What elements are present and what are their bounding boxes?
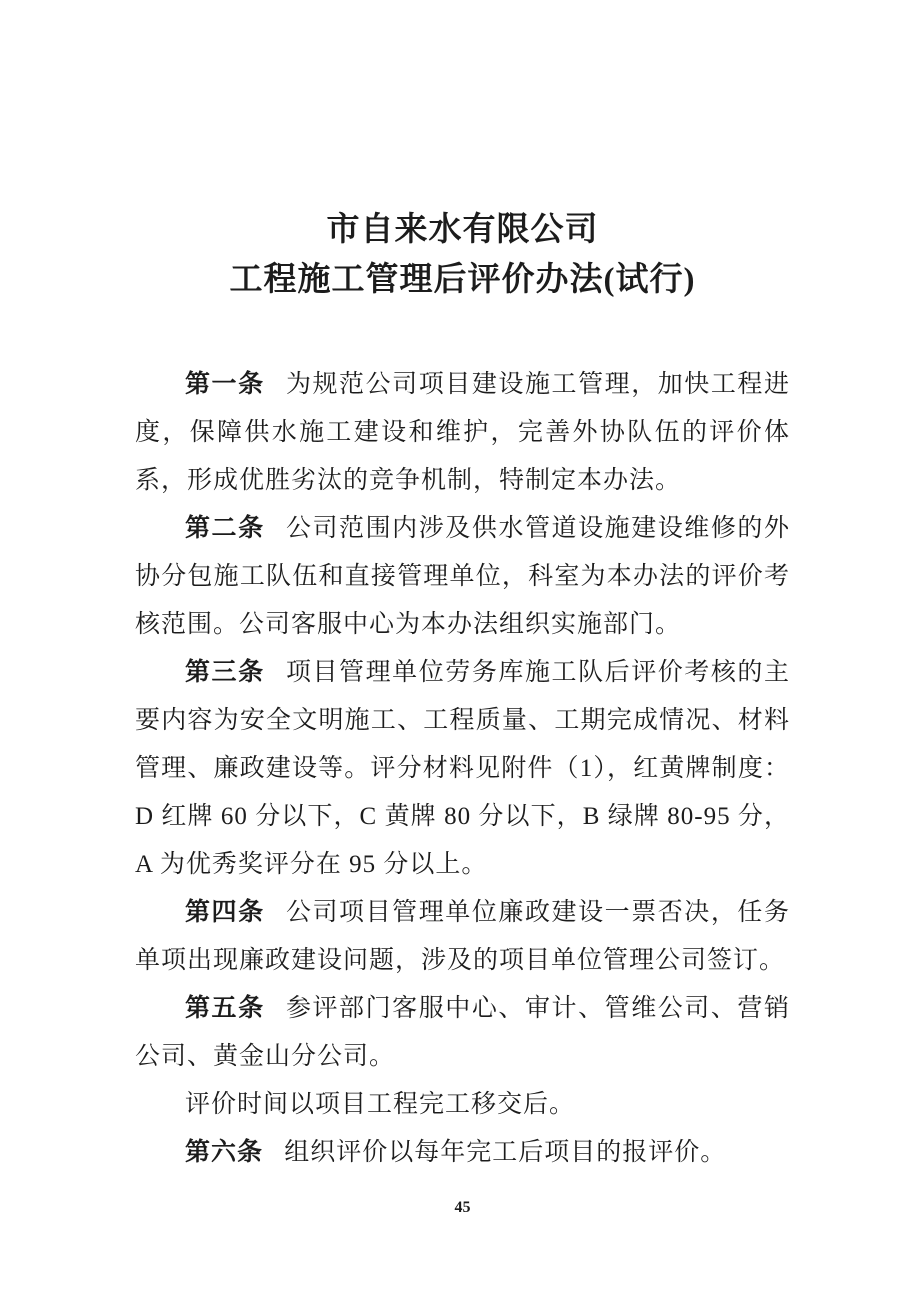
title-line-1: 市自来水有限公司 bbox=[135, 205, 790, 255]
article-6-text: 组织评价以每年完工后项目的报评价。 bbox=[284, 1139, 726, 1166]
article-paragraph-2: 第二条公司范围内涉及供水管道设施建设维修的外协分包施工队伍和直接管理单位，科室为… bbox=[135, 505, 790, 649]
title-line-2: 工程施工管理后评价办法(试行) bbox=[135, 255, 790, 305]
article-paragraph-6: 第六条组织评价以每年完工后项目的报评价。 bbox=[135, 1129, 790, 1177]
page-number: 45 bbox=[135, 1199, 790, 1217]
article-paragraph-1: 第一条为规范公司项目建设施工管理，加快工程进度，保障供水施工建设和维护，完善外协… bbox=[135, 361, 790, 505]
document-body: 第一条为规范公司项目建设施工管理，加快工程进度，保障供水施工建设和维护，完善外协… bbox=[135, 361, 790, 1177]
article-6-label: 第六条 bbox=[185, 1139, 263, 1166]
document-title: 市自来水有限公司 工程施工管理后评价办法(试行) bbox=[135, 205, 790, 305]
article-paragraph-3: 第三条项目管理单位劳务库施工队后评价考核的主要内容为安全文明施工、工程质量、工期… bbox=[135, 649, 790, 889]
article-5-label: 第五条 bbox=[185, 995, 265, 1022]
article-paragraph-5: 第五条参评部门客服中心、审计、管维公司、营销公司、黄金山分公司。 bbox=[135, 985, 790, 1081]
article-4-label: 第四条 bbox=[185, 899, 265, 926]
article-paragraph-4: 第四条公司项目管理单位廉政建设一票否决，任务单项出现廉政建设问题，涉及的项目单位… bbox=[135, 889, 790, 985]
article-2-label: 第二条 bbox=[185, 515, 265, 542]
document-page: 市自来水有限公司 工程施工管理后评价办法(试行) 第一条为规范公司项目建设施工管… bbox=[0, 0, 920, 1310]
article-paragraph-5-continuation: 评价时间以项目工程完工移交后。 bbox=[135, 1081, 790, 1129]
article-3-label: 第三条 bbox=[185, 659, 265, 686]
article-1-label: 第一条 bbox=[185, 371, 265, 398]
article-5b-text: 评价时间以项目工程完工移交后。 bbox=[185, 1091, 575, 1118]
article-3-text: 项目管理单位劳务库施工队后评价考核的主要内容为安全文明施工、工程质量、工期完成情… bbox=[135, 659, 790, 878]
